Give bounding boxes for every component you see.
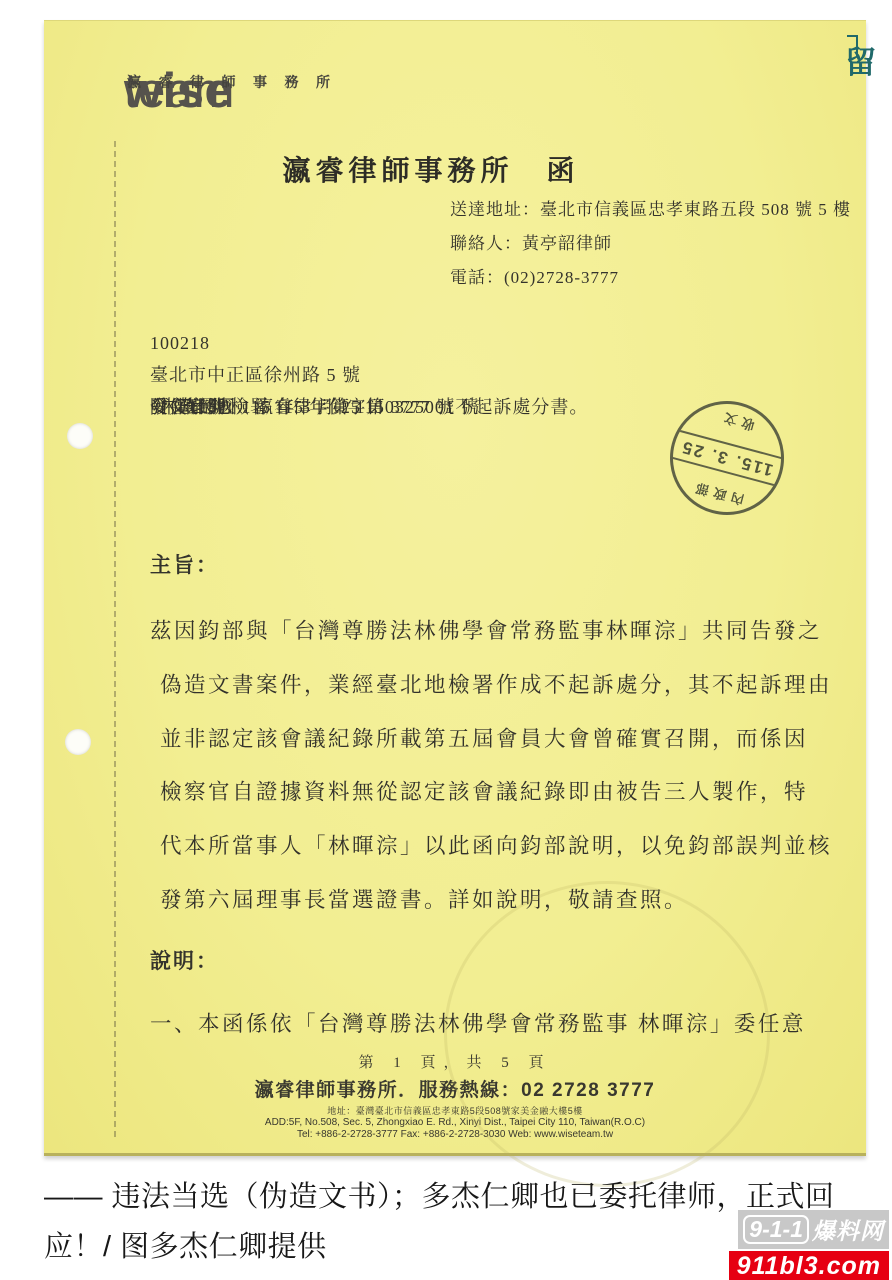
subject-body-line: 茲因鈞部與「台灣尊勝法林佛學會常務監事林暉淙」共同告發之 — [150, 605, 840, 659]
punch-hole — [67, 423, 93, 449]
watermark-domain: 911bl3.com — [729, 1251, 889, 1280]
scanned-letter: 留 底 wiseteam 瀛 睿 律 師 事 務 所 瀛睿律師事務所 函 送達地… — [44, 20, 866, 1156]
explanation-label: 說明： — [150, 945, 219, 975]
ring-stain — [444, 881, 770, 1187]
receipt-stamp-agency: 內政部 — [689, 478, 746, 510]
receipt-stamp-type: 收文 — [717, 408, 757, 436]
subject-body-line: 偽造文書案件，業經臺北地檢署作成不起訴處分，其不起訴理由 — [150, 659, 840, 713]
watermark-site-name: 爆料网 — [812, 1213, 884, 1246]
subject-body-line: 檢察官自證據資料無從認定該會議紀錄即由被告三人製作，特 — [150, 766, 840, 820]
contact-block: 送達地址：臺北市信義區忠孝東路五段 508 號 5 樓 聯絡人：黃亭韶律師 電話… — [450, 193, 851, 295]
logo-firm-name: 瀛 睿 律 師 事 務 所 — [124, 72, 337, 92]
letter-title: 瀛睿律師事務所 函 — [20, 149, 842, 189]
screenshot-root: 留 底 wiseteam 瀛 睿 律 師 事 務 所 瀛睿律師事務所 函 送達地… — [0, 0, 892, 1280]
subject-body-line: 並非認定該會議紀錄所載第五屆會員大會曾確實召開，而係因 — [150, 713, 840, 767]
keep-copy-stamp: 留 底 — [845, 37, 858, 73]
site-watermark: 9-1-1爆料网 911bl3.com — [729, 1210, 889, 1280]
subject-label: 主旨： — [150, 549, 219, 579]
bracket-mark-icon — [847, 35, 858, 57]
watermark-badge: 9-1-1 — [743, 1215, 809, 1244]
phone-line: 電話：(02)2728-3777 — [450, 261, 851, 295]
receipt-date-stamp: 內政部 115. 3. 25 收文 — [657, 388, 797, 528]
footer-contact-en: Tel: +886-2-2728-3777 Fax: +886-2-2728-3… — [44, 1129, 866, 1141]
recipient-address: 臺北市中正區徐州路 5 號 — [150, 359, 361, 391]
subject-body: 茲因鈞部與「台灣尊勝法林佛學會常務監事林暉淙」共同告發之 偽造文書案件，業經臺北… — [150, 605, 840, 928]
receipt-stamp-date: 115. 3. 25 — [657, 424, 797, 492]
recipient-block: 100218 臺北市中正區徐州路 5 號 受文者：內政部 發文日期：中華民國 1… — [150, 327, 361, 391]
punch-hole — [65, 729, 91, 755]
fold-line — [114, 141, 116, 1137]
postal-code: 100218 — [150, 327, 361, 359]
subject-body-line: 代本所當事人「林暉淙」以此函向鈞部說明，以免鈞部誤判並核 — [150, 820, 840, 874]
attachment-value: 臺北地檢署 115 年偵字第 3777 號不起訴處分書。 — [174, 391, 588, 423]
footer-address-en: ADD:5F, No.508, Sec. 5, Zhongxiao E. Rd.… — [44, 1117, 866, 1129]
watermark-logo: 9-1-1爆料网 — [738, 1210, 889, 1249]
firm-logo: wiseteam 瀛 睿 律 師 事 務 所 — [124, 67, 337, 92]
subject-body-line: 發第六屆理事長當選證書。詳如說明，敬請查照。 — [150, 874, 840, 928]
contact-person-line: 聯絡人：黃亭韶律師 — [450, 227, 851, 261]
delivery-address-line: 送達地址：臺北市信義區忠孝東路五段 508 號 5 樓 — [450, 193, 851, 227]
